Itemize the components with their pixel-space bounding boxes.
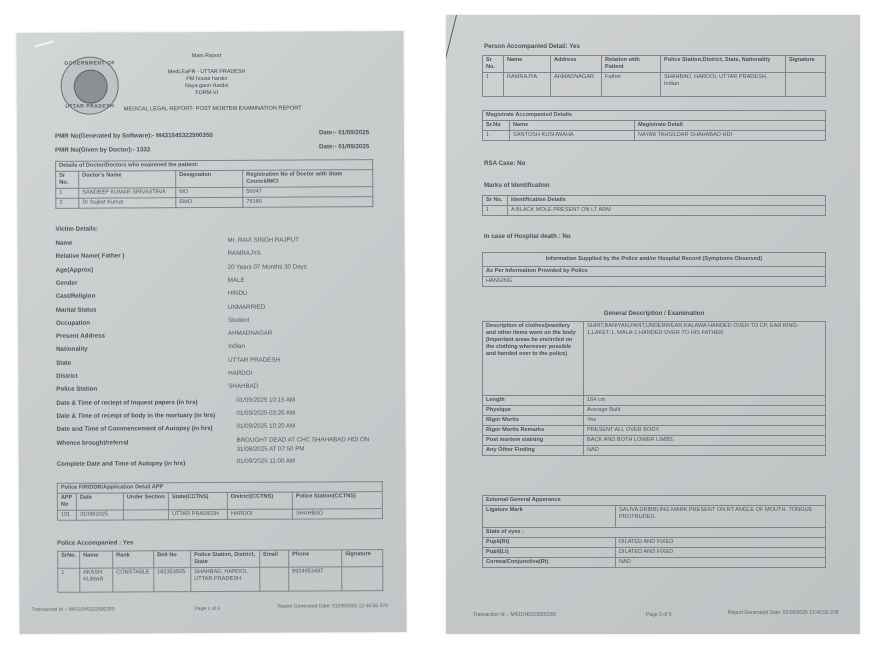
cell: AHMADNAGAR (551, 73, 602, 97)
cell: Father (602, 73, 661, 97)
victim-field-label: State (56, 359, 71, 367)
general-row-value: Yes (584, 416, 826, 426)
victim-field-label: Present Address (56, 333, 105, 341)
victim-field-value: Student (228, 317, 249, 325)
victim-field-value: 01/09/2025 10:20 AM (236, 423, 295, 431)
col-state: State(CCTNS) (168, 492, 227, 509)
cornea-rt-value: NAD (616, 558, 826, 568)
general-row-label: Post mortem staining (483, 436, 584, 446)
doctors-table: Details of Doctor/Doctors who examined t… (55, 159, 373, 209)
victim-field-label: Police Station (56, 386, 97, 394)
table-row: Pupil(Rt) DILATED AND FIXED (483, 538, 826, 548)
rsa-case: RSA Case: No (484, 160, 525, 168)
emblem-text-top: GOVERNMENT OF (62, 60, 118, 66)
table-row: 1 AKASH KUMAR CONSTABLE 182353505 SHAHBA… (58, 567, 383, 593)
general-row-label: Any Other Finding (483, 446, 584, 456)
magistrate-table-title: Magistrate Accompanied Details (483, 111, 826, 121)
col-rank: Rank (113, 551, 154, 568)
victim-field-value: 01/09/2025 10:15 AM (236, 396, 295, 404)
cell: 1 (483, 131, 510, 141)
victim-field-label: Whence brought/referral (57, 439, 129, 447)
police-accompanied-table: SrNo. Name Rank Belt No Police Station, … (57, 549, 383, 593)
col-magistrate-detail: Magistrate Detail (635, 121, 826, 131)
victim-field-label: Gender (56, 280, 78, 288)
cell: EMO (176, 197, 243, 207)
table-row: Pupil(Lt) DILATED AND FIXED (483, 548, 826, 558)
external-appearance-title: External General Apperance (483, 496, 826, 506)
pmr-date-1: Date:- 01/09/2025 (319, 129, 369, 137)
col-under-section: Under Section (123, 493, 168, 510)
col-sr-no: SrNo. (58, 551, 80, 568)
col-district: District(CCTNS) (227, 492, 292, 509)
pmr-doctor: PMR No(Given by Doctor):- 1332 (55, 146, 150, 154)
table-row: 2 Dr Sujeet Kumar EMO 79160 (56, 197, 373, 209)
col-belt-no: Belt No (154, 551, 191, 568)
victim-field-value: 20 Years 07 Months 30 Days (228, 263, 307, 271)
cell: 1 (483, 206, 508, 216)
victim-field-value: Mr. RAVI SINGH RAJPUT (227, 237, 298, 245)
cell: SHAHBAD, HARDOI, UTTAR PRADESH, Indian (661, 73, 786, 97)
cell: Dr Sujeet Kumar (79, 198, 176, 209)
victim-field-value: AHMADNAGAR (228, 330, 272, 338)
general-description-table: Description of clothes/jewellery and oth… (482, 321, 826, 456)
info-supplied-table: Information Supplied by the Police and/o… (482, 252, 826, 287)
ligature-mark-label: Ligature Mark (483, 506, 616, 528)
victim-field-value: UNMARRIED (228, 303, 266, 311)
general-row-value: Average Built (584, 406, 826, 416)
general-row-label: Rigor Mortis (483, 416, 584, 426)
victim-field-value: 01/09/2025 11:00 AM (237, 457, 295, 465)
cell (260, 567, 289, 591)
cell (123, 510, 168, 520)
victim-field-label: Relative Name( Father ) (56, 253, 125, 261)
report-title: MEDICAL LEGAL REPORT- POST MORTEM EXAMIN… (124, 105, 302, 114)
marks-title: Marks of Identification (484, 182, 550, 190)
victim-field-value-line-2: 31/08/2025 AT 07:50 PM (237, 445, 305, 453)
pmr-software: PMR No(Generated by Software):- M4310453… (55, 132, 213, 141)
victim-field-label: Occupation (56, 319, 90, 327)
cell: 2 (56, 198, 79, 208)
table-row: Any Other FindingNAD (483, 446, 826, 456)
victim-field-label: Cast/Religion (56, 293, 96, 301)
col-name: Name (510, 121, 635, 131)
col-relation: Relation with Patient (602, 56, 661, 73)
victim-field-value: HARDOI (228, 370, 252, 378)
table-row: 101 31/08/2025 UTTAR PRADESH HARDOI SHAH… (57, 509, 382, 521)
cell: 79160 (243, 197, 373, 208)
cell: HARDOI (227, 509, 292, 519)
col-police-station: Police Station, District, State (191, 550, 260, 567)
pmr-date-2: Date:- 01/09/2025 (319, 143, 369, 151)
page-number: Page 2 of 6 (646, 612, 672, 618)
victim-field-label: Date and Time of Commencement of Autopsy… (56, 425, 212, 434)
victim-field-value: Indian (228, 343, 245, 351)
victim-field-label: Age(Approx) (56, 266, 94, 274)
transaction-id: Transaction Id :- M431045322500350 (473, 612, 556, 618)
col-signature: Signature (786, 56, 826, 73)
victim-field-value: SHAHBAD (228, 383, 258, 391)
cell: 1 (58, 568, 80, 592)
col-police-station: Police Station,District, State, National… (661, 56, 786, 73)
general-row-value: BACK AND BOTH LOWER LIMBS. (584, 436, 826, 446)
cell: RAMRAJYA (504, 73, 551, 97)
fir-table: Police FIR/DDR/Application Detail APP AP… (57, 481, 383, 521)
general-row-value: PRESENT ALL OVER BODY. (584, 426, 826, 436)
pupil-lt-label: Pupil(Lt) (483, 548, 616, 558)
page-number: Page 1 of 6 (194, 606, 220, 612)
general-row-label: Length (483, 396, 584, 406)
col-phone: Phone (289, 550, 342, 567)
hospital-death: In case of Hospital death : No (484, 233, 571, 241)
victim-field-value: MALE (228, 277, 245, 285)
cell: SANDEEP KUMAR SRIVASTAVA (79, 188, 176, 199)
victim-field-label: Marital Status (56, 306, 97, 314)
col-name: Name (80, 551, 113, 568)
victim-field-value: RAMRAJYA (228, 250, 261, 258)
cell: 1 (56, 188, 79, 198)
col-address: Address (551, 56, 602, 73)
table-row: 1 RAMRAJYA AHMADNAGAR Father SHAHBAD, HA… (483, 73, 826, 97)
cell: 56047 (243, 187, 373, 198)
table-row: 1 A BLACK MOLE PRESENT ON LT ARM (483, 206, 826, 216)
table-row: 1 SANTOSH KUSHWAHA NAYAB TAHSILDAR SHAHA… (483, 131, 826, 141)
emblem-center (74, 70, 108, 104)
col-sr-no: Sr.No (483, 121, 510, 131)
pupil-rt-label: Pupil(Rt) (483, 538, 616, 548)
staple-mark (35, 40, 55, 47)
cell: A BLACK MOLE PRESENT ON LT ARM (508, 206, 826, 216)
cell: MO (176, 187, 243, 197)
cell: SHAHBAD, HARDOI, UTTAR PRADESH (191, 567, 260, 591)
report-page-2: Person Accompanied Detail: Yes Sr No. Na… (446, 15, 860, 634)
general-row-label: Description of clothes/jewellery and oth… (483, 322, 584, 396)
cell: 8924953497 (289, 567, 342, 591)
col-signature: Signature (342, 550, 383, 567)
external-appearance-table: External General Apperance Ligature Mark… (482, 495, 826, 568)
table-row: Post mortem stainingBACK AND BOTH LOWER … (483, 436, 826, 446)
victim-field-label: Name (56, 240, 73, 248)
cell: SHAHBAD (292, 509, 382, 519)
table-row: Rigor Mortis RemarksPRESENT ALL OVER BOD… (483, 426, 826, 436)
col-sr-no: Sr No. (483, 56, 504, 73)
col-sr-no: Sr No. (483, 196, 508, 206)
cell: 31/08/2025 (76, 510, 123, 520)
table-row: Cornea/Conjunctiva(Rt) NAD (483, 558, 826, 568)
cornea-rt-label: Cornea/Conjunctiva(Rt) (483, 558, 616, 568)
state-of-eyes-title: State of eyes : (483, 528, 826, 538)
col-name: Name (504, 56, 551, 73)
pupil-lt-value: DILATED AND FIXED (616, 548, 826, 558)
cell: CONSTABLE (113, 568, 154, 592)
table-row: Length164 cm (483, 396, 826, 406)
col-email: Email (260, 550, 289, 567)
transaction-id: Transaction Id :- M431045322500350 (31, 607, 114, 613)
cell (342, 567, 383, 591)
general-description-title: General Description / Examination (482, 310, 826, 318)
victim-field-label: Nationality (56, 346, 88, 354)
col-designation: Designation (176, 170, 243, 187)
magistrate-table: Magistrate Accompanied Details Sr.No Nam… (482, 110, 826, 141)
form-number: FORM-VI (147, 89, 267, 98)
general-row-value: NAD (584, 446, 826, 456)
col-date: Date (76, 493, 123, 510)
info-supplied-title: Information Supplied by the Police and/o… (483, 253, 826, 267)
table-row: Rigor MortisYes (483, 416, 826, 426)
col-registration: Registration No of Doctor with State Cou… (243, 170, 373, 188)
general-row-label: Rigor Mortis Remarks (483, 426, 584, 436)
pupil-rt-value: DILATED AND FIXED (616, 538, 826, 548)
cell: 1 (483, 73, 504, 97)
table-row: Description of clothes/jewellery and oth… (483, 322, 826, 396)
general-row-value: 164 cm (584, 396, 826, 406)
victim-details-list (16, 31, 403, 33)
victim-field-value: HINDU (228, 290, 248, 298)
victim-field-label: District (56, 373, 77, 381)
victim-details-title: Victim Details: (55, 226, 98, 234)
cell: NAYAB TAHSILDAR SHAHABAD HDI (635, 131, 826, 141)
pen-mark (446, 15, 457, 83)
col-sr-no: Sr No. (56, 171, 79, 188)
info-supplied-value: HANGING (483, 277, 826, 287)
victim-field-label: Date & Time of reciept of Inquest papers… (56, 399, 197, 408)
cell: AKASH KUMAR (80, 568, 113, 592)
report-generated-date: Report Generated Date: 01/09/2025 12:40:… (728, 610, 838, 616)
general-row-value: SHIRT,BANIYAN,PANT,UNDERWEAR,KALAWA HAND… (584, 322, 826, 396)
victim-field-value: BROUGHT DEAD AT CHC SHAHABAD HDI ON (237, 436, 370, 445)
police-accompanied-title: Police Accompanied : Yes (57, 539, 133, 547)
cell: SANTOSH KUSHWAHA (510, 131, 635, 141)
victim-field-label: Complete Date and Time of Autopsy (in hr… (57, 460, 186, 469)
identification-marks-table: Sr No. Identification Details 1 A BLACK … (482, 195, 826, 216)
report-page-1: GOVERNMENT OF UTTAR PRADESH Main Report … (16, 31, 406, 634)
info-supplied-subtitle: As Per Information Provided by Police (483, 267, 826, 277)
victim-field-value: 01/09/2025 03:26 AM (236, 409, 295, 417)
cell (786, 73, 826, 97)
cell: 101 (57, 510, 76, 520)
victim-field-label: Date & Time of receipt of body in the mo… (56, 412, 215, 421)
col-identification-details: Identification Details (508, 196, 826, 206)
main-report-label: Main Report (167, 52, 247, 60)
cell: UTTAR PRADESH (168, 509, 227, 519)
up-government-emblem-icon: GOVERNMENT OF UTTAR PRADESH (61, 56, 119, 114)
report-generated-date: Report Generated Date: 01/09/2025 12:40:… (277, 603, 387, 610)
person-accompanied-table: Sr No. Name Address Relation with Patien… (482, 55, 826, 97)
cell: 182353505 (154, 568, 191, 592)
ligature-mark-value: SALIVA DRIBBLING MARK PRESENT ON RT ANGL… (616, 506, 826, 528)
victim-field-value: UTTAR PRADESH (228, 356, 280, 364)
col-doctor-name: Doctor's Name (79, 171, 176, 189)
col-police-station: Police Station(CCTNS) (292, 492, 382, 509)
col-app-no: APP No (57, 493, 76, 510)
person-accompanied-title: Person Accompanied Detail: Yes (484, 43, 580, 51)
general-row-label: Physique (483, 406, 584, 416)
emblem-text-bottom: UTTAR PRADESH (62, 103, 118, 109)
table-row: PhysiqueAverage Built (483, 406, 826, 416)
